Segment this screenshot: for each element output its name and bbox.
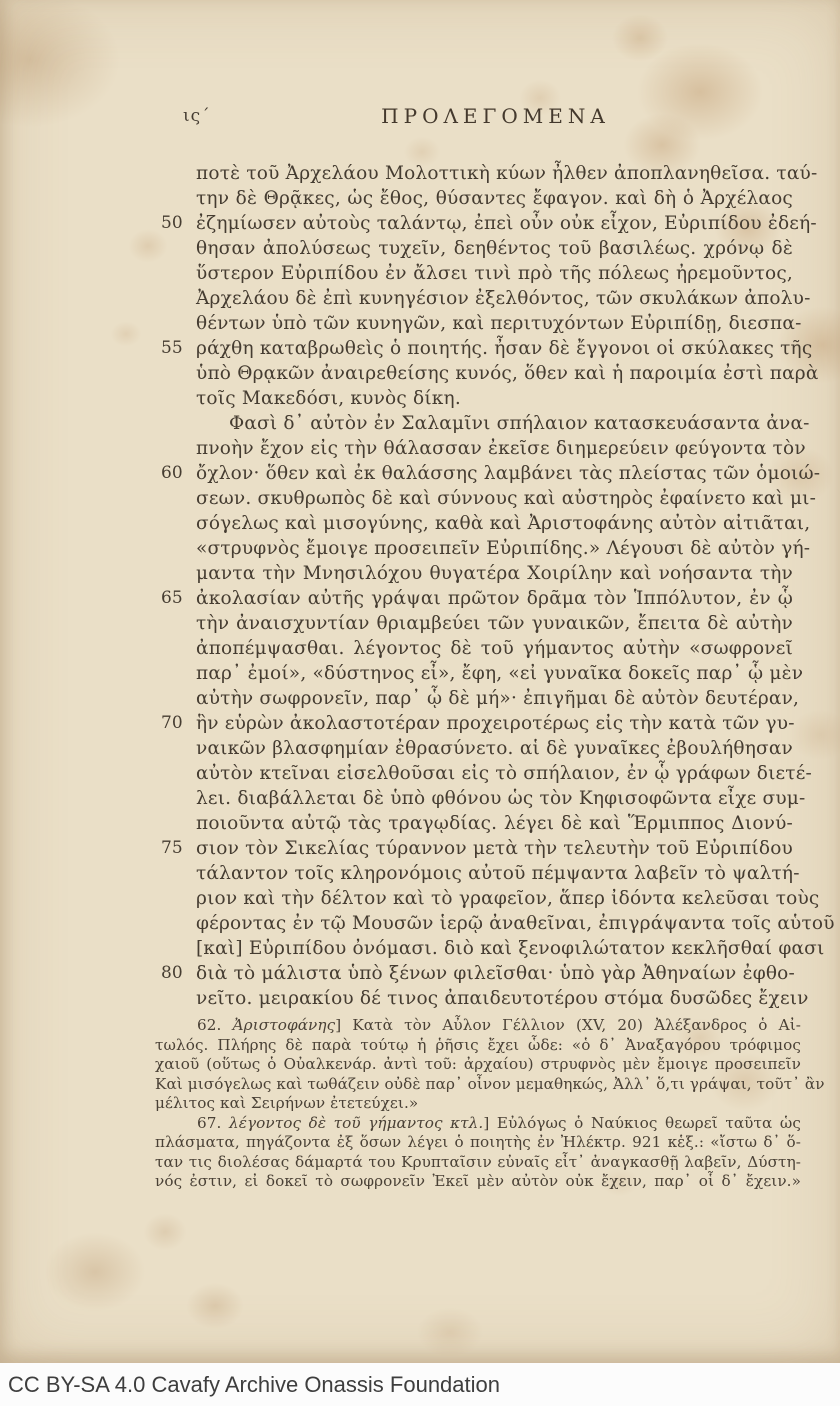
text-line: τωλός. Πλήρης δὲ παρὰ τούτῳ ἡ ῥῆσις ἔχει…	[155, 1036, 801, 1056]
text-segment: νός ἐστιν, εἰ δοκεῖ τὸ σωφρονεῖν Ἐκεῖ μὲ…	[155, 1172, 801, 1190]
text-line: ποιοῦντα αὐτῷ τὰς τραγῳδίας. λέγει δὲ κα…	[196, 811, 793, 836]
text-line: Ἀρχελάου δὲ ἐπὶ κυνηγέσιον ἐξελθόντος, τ…	[196, 286, 793, 311]
text-segment: θησαν ἀπολύσεως τυχεῖν, δεηθέντος τοῦ βα…	[196, 238, 793, 259]
text-line: 70ἣν εὑρὼν ἀκολαστοτέραν προχειροτέρως ε…	[196, 711, 793, 736]
text-segment: ἀποπέμψασθαι. λέγοντος δὲ τοῦ γήμαντος α…	[196, 638, 793, 659]
text-line: ὑπὸ Θρᾳκῶν ἀναιρεθείσης κυνός, ὅθεν καὶ …	[196, 361, 793, 386]
text-segment: θέντων ὑπὸ τῶν κυνηγῶν, καὶ περιτυχόντων…	[196, 313, 802, 334]
text-segment: ράχθη καταβρωθεὶς ὁ ποιητής. ἦσαν δὲ ἔγγ…	[196, 338, 812, 359]
text-line: 62. Ἀριστοφάνης] Κατὰ τὸν Αὖλον Γέλλιον …	[155, 1016, 801, 1036]
text-segment: τοῖς Μακεδόσι, κυνὸς δίκη.	[196, 388, 461, 409]
line-number: 50	[161, 211, 191, 236]
text-segment: ὄχλον· ὅθεν καὶ ἐκ θαλάσσης λαμβάνει τὰς…	[196, 463, 820, 484]
scanned-paper: ις´ ΠΡΟΛΕΓΟΜΕΝΑ ποτὲ τοῦ Ἀρχελάου Μολοττ…	[0, 0, 840, 1363]
text-segment: τὴν ἀναισχυντίαν θριαμβεύει τῶν γυναικῶν…	[196, 613, 793, 634]
text-line: ταν τις διολέσας δάμαρτά του Κρυπταῖσιν …	[155, 1153, 801, 1173]
text-line: πλάσματα, πηγάζοντα ἐξ ὅσων λέγει ὁ ποιη…	[155, 1133, 801, 1153]
text-line: πνοὴν ἔχον εἰς τὴν θάλασσαν ἐκεῖσε διημε…	[196, 436, 793, 461]
text-line: αὐτὸν κτεῖναι εἰσελθοῦσαι εἰς τὸ σπήλαιο…	[196, 761, 793, 786]
text-line: 67. λέγοντος δὲ τοῦ γήμαντος κτλ.] Εὐλόγ…	[155, 1114, 801, 1134]
text-segment: λει. διαβάλλεται δὲ ὑπὸ φθόνου ὡς τὸν Κη…	[196, 788, 805, 809]
text-line: τοῖς Μακεδόσι, κυνὸς δίκη.	[196, 386, 793, 411]
text-segment: ὕστερον Εὐριπίδου ἐν ἄλσει τινὶ πρὸ τῆς …	[196, 263, 793, 284]
text-segment: ταν τις διολέσας δάμαρτά του Κρυπταῖσιν …	[155, 1153, 801, 1171]
text-segment: χαιοῦ (οὕτως ὁ Οὐαλκενάρ. ἀντὶ τοῦ: ἀρχα…	[155, 1055, 801, 1073]
text-segment: «στρυφνὸς ἔμοιγε προσειπεῖν Εὐριπίδης.» …	[196, 538, 810, 559]
text-line: «στρυφνὸς ἔμοιγε προσειπεῖν Εὐριπίδης.» …	[196, 536, 793, 561]
text-line: νεῖτο. μειρακίου δέ τινος ἀπαιδευτοτέρου…	[196, 986, 793, 1011]
text-segment: αὐτὴν σωφρονεῖν, παρ᾽ ᾧ δὲ μή»· ἐπιγῆμαι…	[196, 688, 799, 709]
line-number: 60	[161, 461, 191, 486]
text-segment: 62.	[197, 1016, 233, 1034]
text-segment: ὑπὸ Θρᾳκῶν ἀναιρεθείσης κυνός, ὅθεν καὶ …	[196, 363, 819, 384]
text-segment: ἐζημίωσεν αὐτοὺς ταλάντῳ, ἐπεὶ οὖν οὐκ ε…	[196, 213, 817, 234]
text-segment: μέλιτος καὶ Σειρήνων ἐτετεύχει.»	[155, 1094, 418, 1112]
text-line: ριον καὶ τὴν δέλτον καὶ τὸ γραφεῖον, ἅπε…	[196, 886, 793, 911]
text-line: τάλαντον τοῖς κληρονόμοις αὐτοῦ πέμψαντα…	[196, 861, 793, 886]
scanned-book-page-view: ις´ ΠΡΟΛΕΓΟΜΕΝΑ ποτὲ τοῦ Ἀρχελάου Μολοττ…	[0, 0, 840, 1406]
text-segment: 67.	[197, 1114, 229, 1132]
lemma-italic-text: Ἀριστοφάνης	[233, 1016, 336, 1034]
text-segment: διὰ τὸ μάλιστα ὑπὸ ξένων φιλεῖσθαι· ὑπὸ …	[196, 963, 795, 984]
text-line: Φασὶ δ᾽ αὐτὸν ἐν Σαλαμῖνι σπήλαιον κατασ…	[196, 411, 793, 436]
text-line: παρ᾽ ἐμοί», «δύστηνος εἶ», ἔφη, «εἰ γυνα…	[196, 661, 793, 686]
lemma-italic-text: λέγοντος δὲ τοῦ γήμαντος κτλ.	[229, 1114, 483, 1132]
text-line: αὐτὴν σωφρονεῖν, παρ᾽ ᾧ δὲ μή»· ἐπιγῆμαι…	[196, 686, 793, 711]
text-segment: [καὶ] Εὐριπίδου ὀνόμασι. διὸ καὶ ξενοφιλ…	[196, 938, 824, 959]
text-line: την δὲ Θρᾷκες, ὡς ἔθος, θύσαντες ἔφαγον.…	[196, 186, 793, 211]
text-segment: πνοὴν ἔχον εἰς τὴν θάλασσαν ἐκεῖσε διημε…	[196, 438, 806, 459]
text-line: 75σιον τὸν Σικελίας τύραννον μετὰ τὴν τε…	[196, 836, 793, 861]
text-segment: νεῖτο. μειρακίου δέ τινος ἀπαιδευτοτέρου…	[196, 988, 809, 1009]
text-line: 50ἐζημίωσεν αὐτοὺς ταλάντῳ, ἐπεὶ οὖν οὐκ…	[196, 211, 793, 236]
text-line: θέντων ὑπὸ τῶν κυνηγῶν, καὶ περιτυχόντων…	[196, 311, 793, 336]
text-line: χαιοῦ (οὕτως ὁ Οὐαλκενάρ. ἀντὶ τοῦ: ἀρχα…	[155, 1055, 801, 1075]
text-line: μέλιτος καὶ Σειρήνων ἐτετεύχει.»	[155, 1094, 801, 1114]
text-segment: σιον τὸν Σικελίας τύραννον μετὰ τὴν τελε…	[196, 838, 793, 859]
text-segment: αὐτὸν κτεῖναι εἰσελθοῦσαι εἰς τὸ σπήλαιο…	[196, 763, 812, 784]
line-number: 70	[161, 711, 191, 736]
text-line: [καὶ] Εὐριπίδου ὀνόμασι. διὸ καὶ ξενοφιλ…	[196, 936, 793, 961]
text-segment: Καὶ μισόγελως καὶ τωθάζειν οὐδὲ παρ᾽ οἶν…	[155, 1075, 825, 1093]
text-segment: φέροντας ἐν τῷ Μουσῶν ἱερῷ ἀναθεῖναι, ἐπ…	[196, 913, 835, 934]
text-segment: Φασὶ δ᾽ αὐτὸν ἐν Σαλαμῖνι σπήλαιον κατασ…	[229, 413, 810, 434]
footnote-block: 62. Ἀριστοφάνης] Κατὰ τὸν Αὖλον Γέλλιον …	[155, 1016, 801, 1192]
text-segment: παρ᾽ ἐμοί», «δύστηνος εἶ», ἔφη, «εἰ γυνα…	[196, 663, 803, 684]
text-line: ὕστερον Εὐριπίδου ἐν ἄλσει τινὶ πρὸ τῆς …	[196, 261, 793, 286]
text-segment: ποιοῦντα αὐτῷ τὰς τραγῳδίας. λέγει δὲ κα…	[196, 813, 793, 834]
line-number: 80	[161, 961, 191, 986]
text-segment: ποτὲ τοῦ Ἀρχελάου Μολοττικὴ κύων ἦλθεν ἀ…	[196, 163, 817, 184]
text-line: ποτὲ τοῦ Ἀρχελάου Μολοττικὴ κύων ἦλθεν ἀ…	[196, 161, 793, 186]
text-segment: ἣν εὑρὼν ἀκολαστοτέραν προχειροτέρως εἰς…	[196, 713, 795, 734]
text-segment: ἀκολασίαν αὐτῆς γράψαι πρῶτον δρᾶμα τὸν …	[196, 588, 793, 609]
text-line: μαντα τὴν Μνησιλόχου θυγατέρα Χοιρίλην κ…	[196, 561, 793, 586]
text-line: τὴν ἀναισχυντίαν θριαμβεύει τῶν γυναικῶν…	[196, 611, 793, 636]
text-line: σόγελως καὶ μισογύνης, καθὰ καὶ Ἀριστοφά…	[196, 511, 793, 536]
text-line: ναικῶν βλασφημίαν ἐθρασύνετο. αἱ δὲ γυνα…	[196, 736, 793, 761]
text-line: 80διὰ τὸ μάλιστα ὑπὸ ξένων φιλεῖσθαι· ὑπ…	[196, 961, 793, 986]
text-segment: ναικῶν βλασφημίαν ἐθρασύνετο. αἱ δὲ γυνα…	[196, 738, 793, 759]
line-number: 65	[161, 586, 191, 611]
text-line: 55ράχθη καταβρωθεὶς ὁ ποιητής. ἦσαν δὲ ἔ…	[196, 336, 793, 361]
text-segment: σόγελως καὶ μισογύνης, καθὰ καὶ Ἀριστοφά…	[196, 513, 810, 534]
text-line: θησαν ἀπολύσεως τυχεῖν, δεηθέντος τοῦ βα…	[196, 236, 793, 261]
text-line: φέροντας ἐν τῷ Μουσῶν ἱερῷ ἀναθεῖναι, ἐπ…	[196, 911, 793, 936]
text-segment: σεων. σκυθρωπὸς δὲ καὶ σύννους καὶ αὐστη…	[196, 488, 816, 509]
text-line: 65ἀκολασίαν αὐτῆς γράψαι πρῶτον δρᾶμα τὸ…	[196, 586, 793, 611]
text-segment: ριον καὶ τὴν δέλτον καὶ τὸ γραφεῖον, ἅπε…	[196, 888, 820, 909]
text-segment: ] Εὐλόγως ὁ Ναύκιος θεωρεῖ ταῦτα ὡς	[483, 1114, 801, 1132]
text-line: 60ὄχλον· ὅθεν καὶ ἐκ θαλάσσης λαμβάνει τ…	[196, 461, 793, 486]
text-line: νός ἐστιν, εἰ δοκεῖ τὸ σωφρονεῖν Ἐκεῖ μὲ…	[155, 1172, 801, 1192]
text-segment: Ἀρχελάου δὲ ἐπὶ κυνηγέσιον ἐξελθόντος, τ…	[196, 288, 811, 309]
text-segment: πλάσματα, πηγάζοντα ἐξ ὅσων λέγει ὁ ποιη…	[155, 1133, 801, 1151]
text-segment: ] Κατὰ τὸν Αὖλον Γέλλιον (XV, 20) Ἀλέξαν…	[335, 1016, 801, 1034]
text-line: Καὶ μισόγελως καὶ τωθάζειν οὐδὲ παρ᾽ οἶν…	[155, 1075, 801, 1095]
text-line: λει. διαβάλλεται δὲ ὑπὸ φθόνου ὡς τὸν Κη…	[196, 786, 793, 811]
line-number: 55	[161, 336, 191, 361]
page-title: ΠΡΟΛΕΓΟΜΕΝΑ	[197, 104, 794, 128]
license-attribution-text: CC BY-SA 4.0 Cavafy Archive Onassis Foun…	[8, 1372, 500, 1398]
text-segment: μαντα τὴν Μνησιλόχου θυγατέρα Χοιρίλην κ…	[196, 563, 793, 584]
line-number: 75	[161, 836, 191, 861]
text-line: σεων. σκυθρωπὸς δὲ καὶ σύννους καὶ αὐστη…	[196, 486, 793, 511]
text-line: ἀποπέμψασθαι. λέγοντος δὲ τοῦ γήμαντος α…	[196, 636, 793, 661]
main-text-block: ποτὲ τοῦ Ἀρχελάου Μολοττικὴ κύων ἦλθεν ἀ…	[196, 161, 793, 1011]
text-segment: τάλαντον τοῖς κληρονόμοις αὐτοῦ πέμψαντα…	[196, 863, 800, 884]
attribution-bar: CC BY-SA 4.0 Cavafy Archive Onassis Foun…	[0, 1363, 840, 1406]
text-segment: την δὲ Θρᾷκες, ὡς ἔθος, θύσαντες ἔφαγον.…	[196, 188, 793, 209]
text-segment: τωλός. Πλήρης δὲ παρὰ τούτῳ ἡ ῥῆσις ἔχει…	[155, 1036, 801, 1054]
